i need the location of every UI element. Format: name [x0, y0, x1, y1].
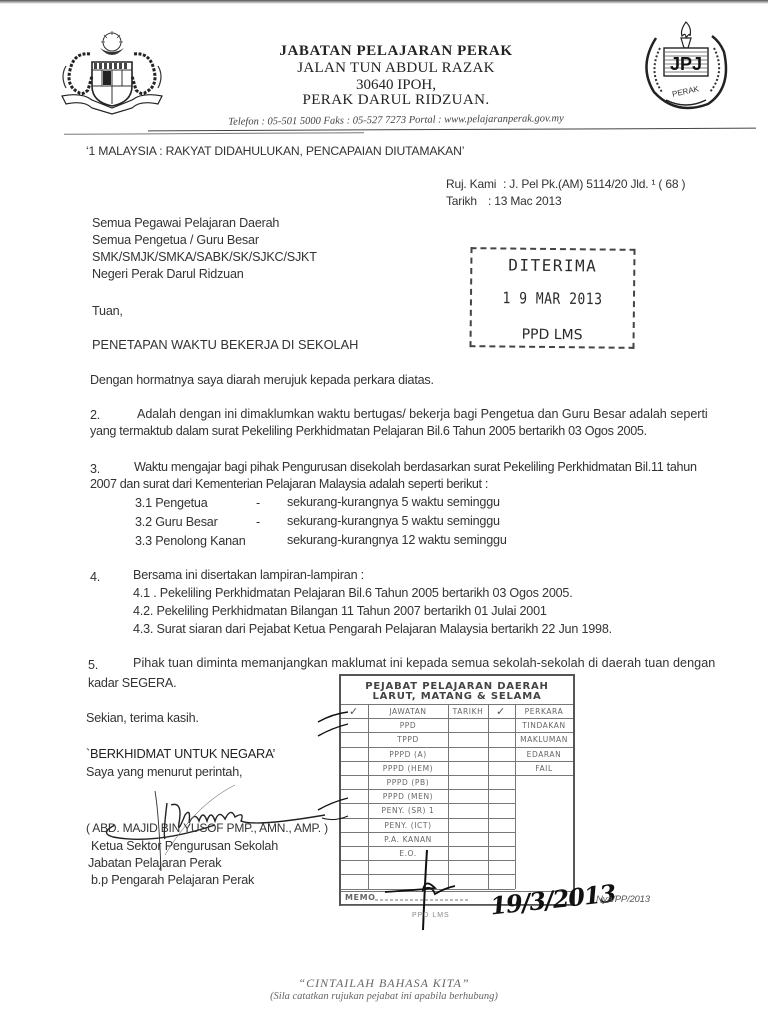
- item-3-1-label: 3.1 Pengetua: [135, 497, 208, 510]
- salutation: Tuan,: [92, 305, 123, 318]
- stamp-title: DITERIMA: [472, 255, 633, 276]
- recipient-line: Semua Pengetua / Guru Besar: [92, 234, 259, 247]
- signatory-name: ( ABD. MAJID BIN YUSOF PMP., AMN., AMP. …: [86, 822, 328, 834]
- routing-stamp-subtitle: LARUT, MATANG & SELAMA: [341, 692, 573, 702]
- file-code: Nya/PP/2013: [596, 895, 650, 905]
- table-rule: [341, 761, 573, 762]
- paragraph-5-number: 5.: [88, 659, 98, 672]
- closing-thanks: Sekian, terima kasih.: [86, 712, 199, 725]
- scan-edge-shadow: [0, 0, 768, 4]
- item-3-1-value: sekurang-kurangnya 5 waktu seminggu: [287, 496, 500, 509]
- recipient-line: Negeri Perak Darul Ridzuan: [92, 268, 244, 281]
- attachment-item: 4.3. Surat siaran dari Pejabat Ketua Pen…: [133, 623, 612, 636]
- jawatan-cell: PPPD (HEM): [368, 765, 448, 773]
- date-label: Tarikh: [446, 195, 477, 207]
- table-rule: [341, 775, 573, 776]
- footer-motto: “CINTAILAH BAHASA KITA”: [0, 976, 768, 991]
- perkara-cell: TINDAKAN: [515, 722, 573, 730]
- jawatan-column-header: JAWATAN: [368, 708, 448, 716]
- jawatan-cell: P.A. KANAN: [368, 836, 448, 844]
- recipient-line: SMK/SMJK/SMKA/SABK/SK/SJKC/SJKT: [92, 251, 317, 264]
- closing-motto: `BERKHIDMAT UNTUK NEGARA’: [86, 748, 275, 761]
- paragraph-4-number: 4.: [90, 571, 100, 584]
- attachment-item: 4.2. Pekeliling Perkhidmatan Bilangan 11…: [133, 605, 547, 618]
- tarikh-column-header: TARIKH: [448, 708, 488, 716]
- stamp-date: 1 9 MAR 2013: [472, 290, 633, 310]
- date-value: : 13 Mac 2013: [488, 195, 561, 207]
- item-3-2-value: sekurang-kurangnya 5 waktu seminggu: [287, 515, 500, 528]
- table-rule: [341, 747, 573, 748]
- perkara-column-header: PERKARA: [515, 708, 573, 716]
- letter-subject: PENETAPAN WAKTU BEKERJA DI SEKOLAH: [92, 339, 358, 352]
- jawatan-cell: TPPD: [368, 736, 448, 744]
- received-stamp: DITERIMA 1 9 MAR 2013 PPD LMS: [469, 247, 635, 349]
- jawatan-cell: PPD: [368, 722, 448, 730]
- paragraph-2-line: yang termaktub dalam surat Pekeliling Pe…: [90, 425, 647, 438]
- perkara-cell: FAIL: [515, 765, 573, 773]
- jawatan-cell: PENY. (SR) 1: [368, 807, 448, 815]
- stamp-office: PPD LMS: [472, 326, 633, 344]
- slogan: ‘1 MALAYSIA : RAKYAT DIDAHULUKAN, PENCAP…: [86, 145, 464, 157]
- paragraph-5-line: kadar SEGERA.: [88, 677, 176, 690]
- attachment-item: 4.1 . Pekeliling Perkhidmatan Pelajaran …: [133, 587, 573, 600]
- item-3-3-label: 3.3 Penolong Kanan: [135, 535, 246, 548]
- handwritten-ticks-icon: [318, 700, 368, 840]
- table-rule: [341, 732, 573, 733]
- jawatan-cell: PPPD (PB): [368, 779, 448, 787]
- reference-label: Ruj. Kami: [446, 178, 496, 190]
- jawatan-cell: PENY. (ICT): [368, 822, 448, 830]
- recipient-line: Semua Pegawai Pelajaran Daerah: [92, 217, 279, 230]
- signatory-on-behalf: b.p Pengarah Pelajaran Perak: [91, 874, 254, 887]
- perkara-cell: MAKLUMAN: [515, 736, 573, 744]
- paragraph-5-line: Pihak tuan diminta memanjangkan maklumat…: [133, 657, 715, 670]
- opening-paragraph: Dengan hormatnya saya diarah merujuk kep…: [90, 374, 434, 387]
- item-3-3-dash: -: [219, 535, 223, 548]
- memo-label: MEMO: [345, 894, 376, 902]
- paragraph-2-number: 2.: [90, 409, 100, 422]
- org-name: JABATAN PELAJARAN PERAK: [12, 43, 768, 60]
- reference-value: : J. Pel Pk.(AM) 5114/20 Jld. ¹ ( 68 ): [503, 178, 685, 190]
- item-3-2-dash: -: [256, 516, 260, 529]
- footer-note: (Sila catatkan rujukan pejabat ini apabi…: [0, 991, 768, 1002]
- memo-footer: PPD LMS: [412, 912, 450, 919]
- table-rule: [341, 718, 573, 719]
- paragraph-4-line: Bersama ini disertakan lampiran-lampiran…: [133, 569, 364, 582]
- signatory-title: Ketua Sektor Pengurusan Sekolah: [91, 840, 278, 853]
- item-3-3-value: sekurang-kurangnya 12 waktu seminggu: [287, 534, 507, 547]
- paragraph-3-number: 3.: [90, 463, 100, 476]
- address-line-1: JALAN TUN ABDUL RAZAK: [12, 60, 768, 77]
- perkara-cell: EDARAN: [515, 751, 573, 759]
- signatory-department: Jabatan Pelajaran Perak: [88, 857, 221, 870]
- jawatan-cell: PPPD (MEN): [368, 793, 448, 801]
- item-3-1-dash: -: [256, 497, 260, 510]
- paragraph-3-line: Waktu mengajar bagi pihak Pengurusan dis…: [134, 461, 697, 474]
- paragraph-2-line: Adalah dengan ini dimaklumkan waktu bert…: [137, 408, 708, 421]
- letterhead-divider-left: [64, 132, 364, 135]
- jawatan-cell: PPPD (A): [368, 751, 448, 759]
- letterhead-divider: [148, 128, 756, 132]
- check2-column-header: ✓: [496, 705, 505, 718]
- address-line-3: PERAK DARUL RIDZUAN.: [12, 92, 768, 109]
- item-3-2-label: 3.2 Guru Besar: [135, 516, 218, 529]
- paragraph-3-line: 2007 dan surat dari Kementerian Pelajara…: [90, 478, 488, 491]
- table-rule: [341, 704, 573, 705]
